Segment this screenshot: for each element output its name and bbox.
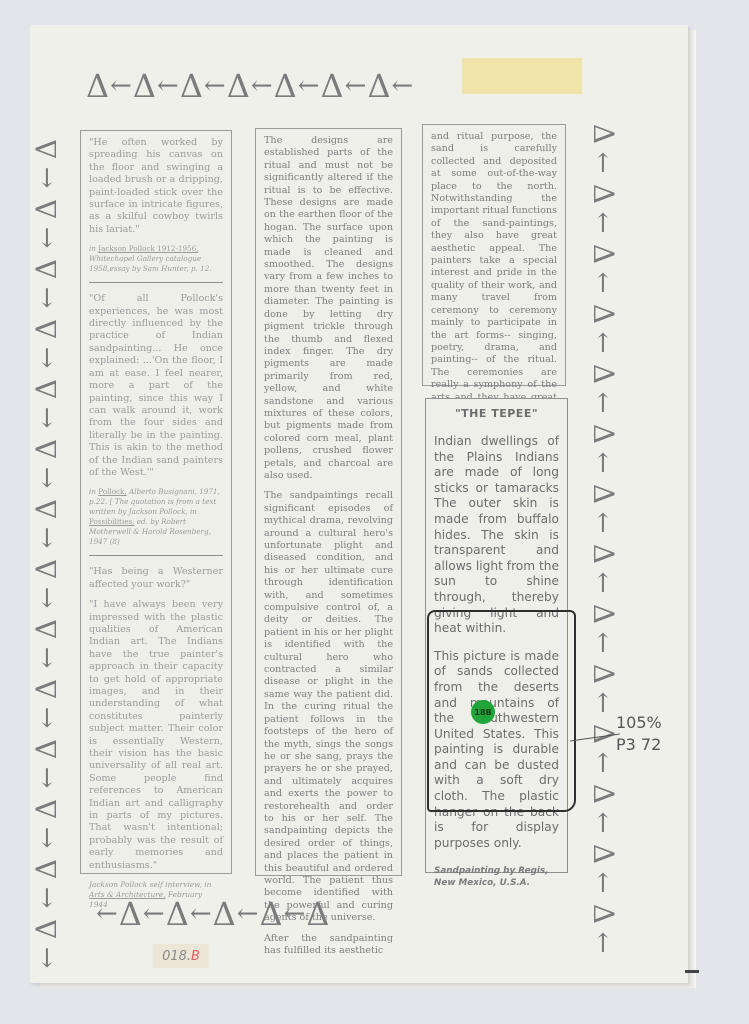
pencil-annotation: 105% P3 72 [616, 712, 662, 756]
arrow-up-icon: ↑ [592, 688, 614, 720]
arrow-down-icon: ↓ [36, 523, 58, 555]
interview-question: "Has being a Westerner affected your wor… [89, 566, 223, 591]
pollock-quotes-panel: "He often worked by spreading his canvas… [80, 130, 232, 874]
arrow-up-icon: ↑ [592, 508, 614, 540]
arrow-up-icon: ↑ [592, 868, 614, 900]
triangle-icon: Δ [86, 70, 109, 102]
triangle-icon: Δ [33, 919, 61, 939]
triangle-icon: Δ [589, 784, 617, 804]
arrow-up-icon: ↑ [592, 328, 614, 360]
arrow-up-icon: ↑ [592, 808, 614, 840]
arrow-up-icon: ↑ [592, 148, 614, 180]
triangle-icon: Δ [133, 70, 156, 102]
triangle-icon: Δ [589, 124, 617, 144]
arrow-down-icon: ↓ [36, 643, 58, 675]
arrow-up-icon: ↑ [592, 568, 614, 600]
ritual-paragraph: and ritual purpose, the sand is carefull… [431, 131, 557, 441]
triangle-icon: Δ [33, 559, 61, 579]
triangle-icon: Δ [274, 70, 297, 102]
triangle-icon: Δ [33, 739, 61, 759]
triangle-icon: Δ [589, 184, 617, 204]
triangle-icon: Δ [33, 859, 61, 879]
triangle-icon: Δ [227, 70, 250, 102]
arrow-left-icon: ← [251, 73, 273, 99]
triangle-icon: Δ [33, 619, 61, 639]
interview-citation: Jackson Pollock self interview, in Arts … [89, 880, 223, 910]
top-border: Δ←Δ←Δ←Δ←Δ←Δ←Δ← [86, 70, 414, 102]
arrow-up-icon: ↑ [592, 748, 614, 780]
ritual-purpose-panel: and ritual purpose, the sand is carefull… [422, 124, 566, 386]
divider [89, 555, 223, 556]
designs-paragraph: The designs are established parts of the… [264, 135, 393, 482]
citation-1: in Jackson Pollock 1912-1956, Whitechape… [89, 244, 223, 274]
arrow-down-icon: ↓ [36, 343, 58, 375]
triangle-icon: Δ [589, 604, 617, 624]
arrow-down-icon: ↓ [36, 703, 58, 735]
artist-credit: Sandpainting by Regis, New Mexico, U.S.A… [434, 865, 559, 889]
right-border: Δ↑Δ↑Δ↑Δ↑Δ↑Δ↑Δ↑Δ↑Δ↑Δ↑Δ↑Δ↑Δ↑Δ↑ [592, 120, 614, 960]
tepee-title: "THE TEPEE" [434, 407, 559, 420]
sandpainting-ritual-panel: The designs are established parts of the… [255, 128, 402, 876]
masking-tape [462, 58, 582, 94]
triangle-icon: Δ [33, 259, 61, 279]
triangle-icon: Δ [589, 304, 617, 324]
crop-mark-box [427, 610, 576, 812]
arrow-down-icon: ↓ [36, 463, 58, 495]
arrow-down-icon: ↓ [36, 763, 58, 795]
arrow-down-icon: ↓ [36, 163, 58, 195]
arrow-left-icon: ← [392, 73, 414, 99]
arrow-down-icon: ↓ [36, 823, 58, 855]
arrow-up-icon: ↑ [592, 448, 614, 480]
arrow-up-icon: ↑ [592, 268, 614, 300]
quote-sandpainting: "Of all Pollock's experiences, he was mo… [89, 293, 223, 479]
triangle-icon: Δ [589, 424, 617, 444]
arrow-left-icon: ← [345, 73, 367, 99]
arrow-down-icon: ↓ [36, 403, 58, 435]
corner-mark [685, 970, 699, 973]
arrow-left-icon: ← [298, 73, 320, 99]
triangle-icon: Δ [33, 319, 61, 339]
green-sticker: 18B [471, 700, 495, 724]
triangle-icon: Δ [589, 484, 617, 504]
triangle-icon: Δ [180, 70, 203, 102]
arrow-left-icon: ← [237, 901, 259, 927]
arrow-up-icon: ↑ [592, 208, 614, 240]
triangle-icon: Δ [589, 244, 617, 264]
arrow-down-icon: ↓ [36, 283, 58, 315]
inventory-label: 018.B [153, 944, 209, 968]
triangle-icon: Δ [33, 499, 61, 519]
arrow-left-icon: ← [204, 73, 226, 99]
arrow-down-icon: ↓ [36, 943, 58, 975]
arrow-down-icon: ↓ [36, 883, 58, 915]
after-paragraph: After the sandpainting has fulfilled its… [264, 933, 393, 958]
triangle-icon: Δ [589, 664, 617, 684]
triangle-icon: Δ [589, 544, 617, 564]
triangle-icon: Δ [589, 364, 617, 384]
arrow-left-icon: ← [157, 73, 179, 99]
interview-answer: "I have always been very impressed with … [89, 599, 223, 872]
triangle-icon: Δ [33, 679, 61, 699]
arrow-down-icon: ↓ [36, 583, 58, 615]
triangle-icon: Δ [589, 844, 617, 864]
triangle-icon: Δ [33, 799, 61, 819]
triangle-icon: Δ [33, 439, 61, 459]
arrow-up-icon: ↑ [592, 928, 614, 960]
arrow-up-icon: ↑ [592, 628, 614, 660]
triangle-icon: Δ [589, 904, 617, 924]
tepee-description: Indian dwellings of the Plains Indians a… [434, 434, 559, 637]
arrow-up-icon: ↑ [592, 388, 614, 420]
triangle-icon: Δ [33, 379, 61, 399]
left-border: Δ↓Δ↓Δ↓Δ↓Δ↓Δ↓Δ↓Δ↓Δ↓Δ↓Δ↓Δ↓Δ↓Δ↓ [36, 135, 58, 975]
quote-lariat: "He often worked by spreading his canvas… [89, 137, 223, 236]
triangle-icon: Δ [33, 139, 61, 159]
triangle-icon: Δ [321, 70, 344, 102]
triangle-icon: Δ [33, 199, 61, 219]
arrow-down-icon: ↓ [36, 223, 58, 255]
arrow-left-icon: ← [110, 73, 132, 99]
triangle-icon: Δ [367, 70, 390, 102]
citation-2: in Pollock, Alberto Busignani, 1971, p.2… [89, 487, 223, 547]
divider [89, 282, 223, 283]
episodes-paragraph: The sandpaintings recall significant epi… [264, 490, 393, 924]
